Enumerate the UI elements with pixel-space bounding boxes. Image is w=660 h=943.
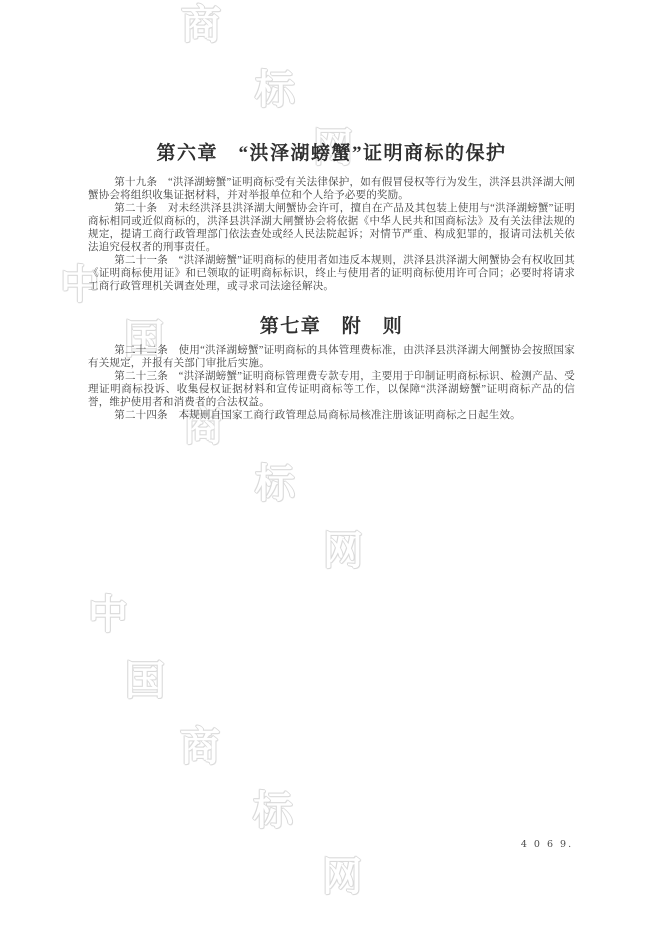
chapter7-heading: 第七章 附 则	[88, 311, 575, 338]
chapter7-articles: 第二十二条 使用“洪泽湖螃蟹”证明商标的具体管理费标准，由洪泽县洪泽湖大闸蟹协会…	[88, 344, 575, 422]
article-20: 第二十条 对未经洪泽县洪泽湖大闸蟹协会许可，擅自在产品及其包装上使用与“洪泽湖螃…	[88, 202, 575, 254]
document-content: 第六章 “洪泽湖螃蟹”证明商标的保护 第十九条 “洪泽湖螃蟹”证明商标受有关法律…	[0, 0, 660, 943]
article-22: 第二十二条 使用“洪泽湖螃蟹”证明商标的具体管理费标准，由洪泽县洪泽湖大闸蟹协会…	[88, 344, 575, 370]
article-19: 第十九条 “洪泽湖螃蟹”证明商标受有关法律保护，如有假冒侵权等行为发生，洪泽县洪…	[88, 176, 575, 202]
article-23: 第二十三条 “洪泽湖螃蟹”证明商标管理费专款专用，主要用于印制证明商标标识、检测…	[88, 370, 575, 409]
chapter6-heading: 第六章 “洪泽湖螃蟹”证明商标的保护	[88, 138, 575, 165]
article-24: 第二十四条 本规则自国家工商行政管理总局商标局核准注册该证明商标之日起生效。	[88, 409, 575, 422]
scanned-document-page: 商 标 网 中 国 商 标 网 中 国 商 标 网 第六章 “洪泽湖螃蟹”证明商…	[0, 0, 660, 943]
article-21: 第二十一条 “洪泽湖螃蟹”证明商标的使用者如违反本规则，洪泽县洪泽湖大闸蟹协会有…	[88, 254, 575, 293]
chapter6-articles: 第十九条 “洪泽湖螃蟹”证明商标受有关法律保护，如有假冒侵权等行为发生，洪泽县洪…	[88, 176, 575, 293]
page-number: 4 0 6 9.	[512, 839, 582, 850]
